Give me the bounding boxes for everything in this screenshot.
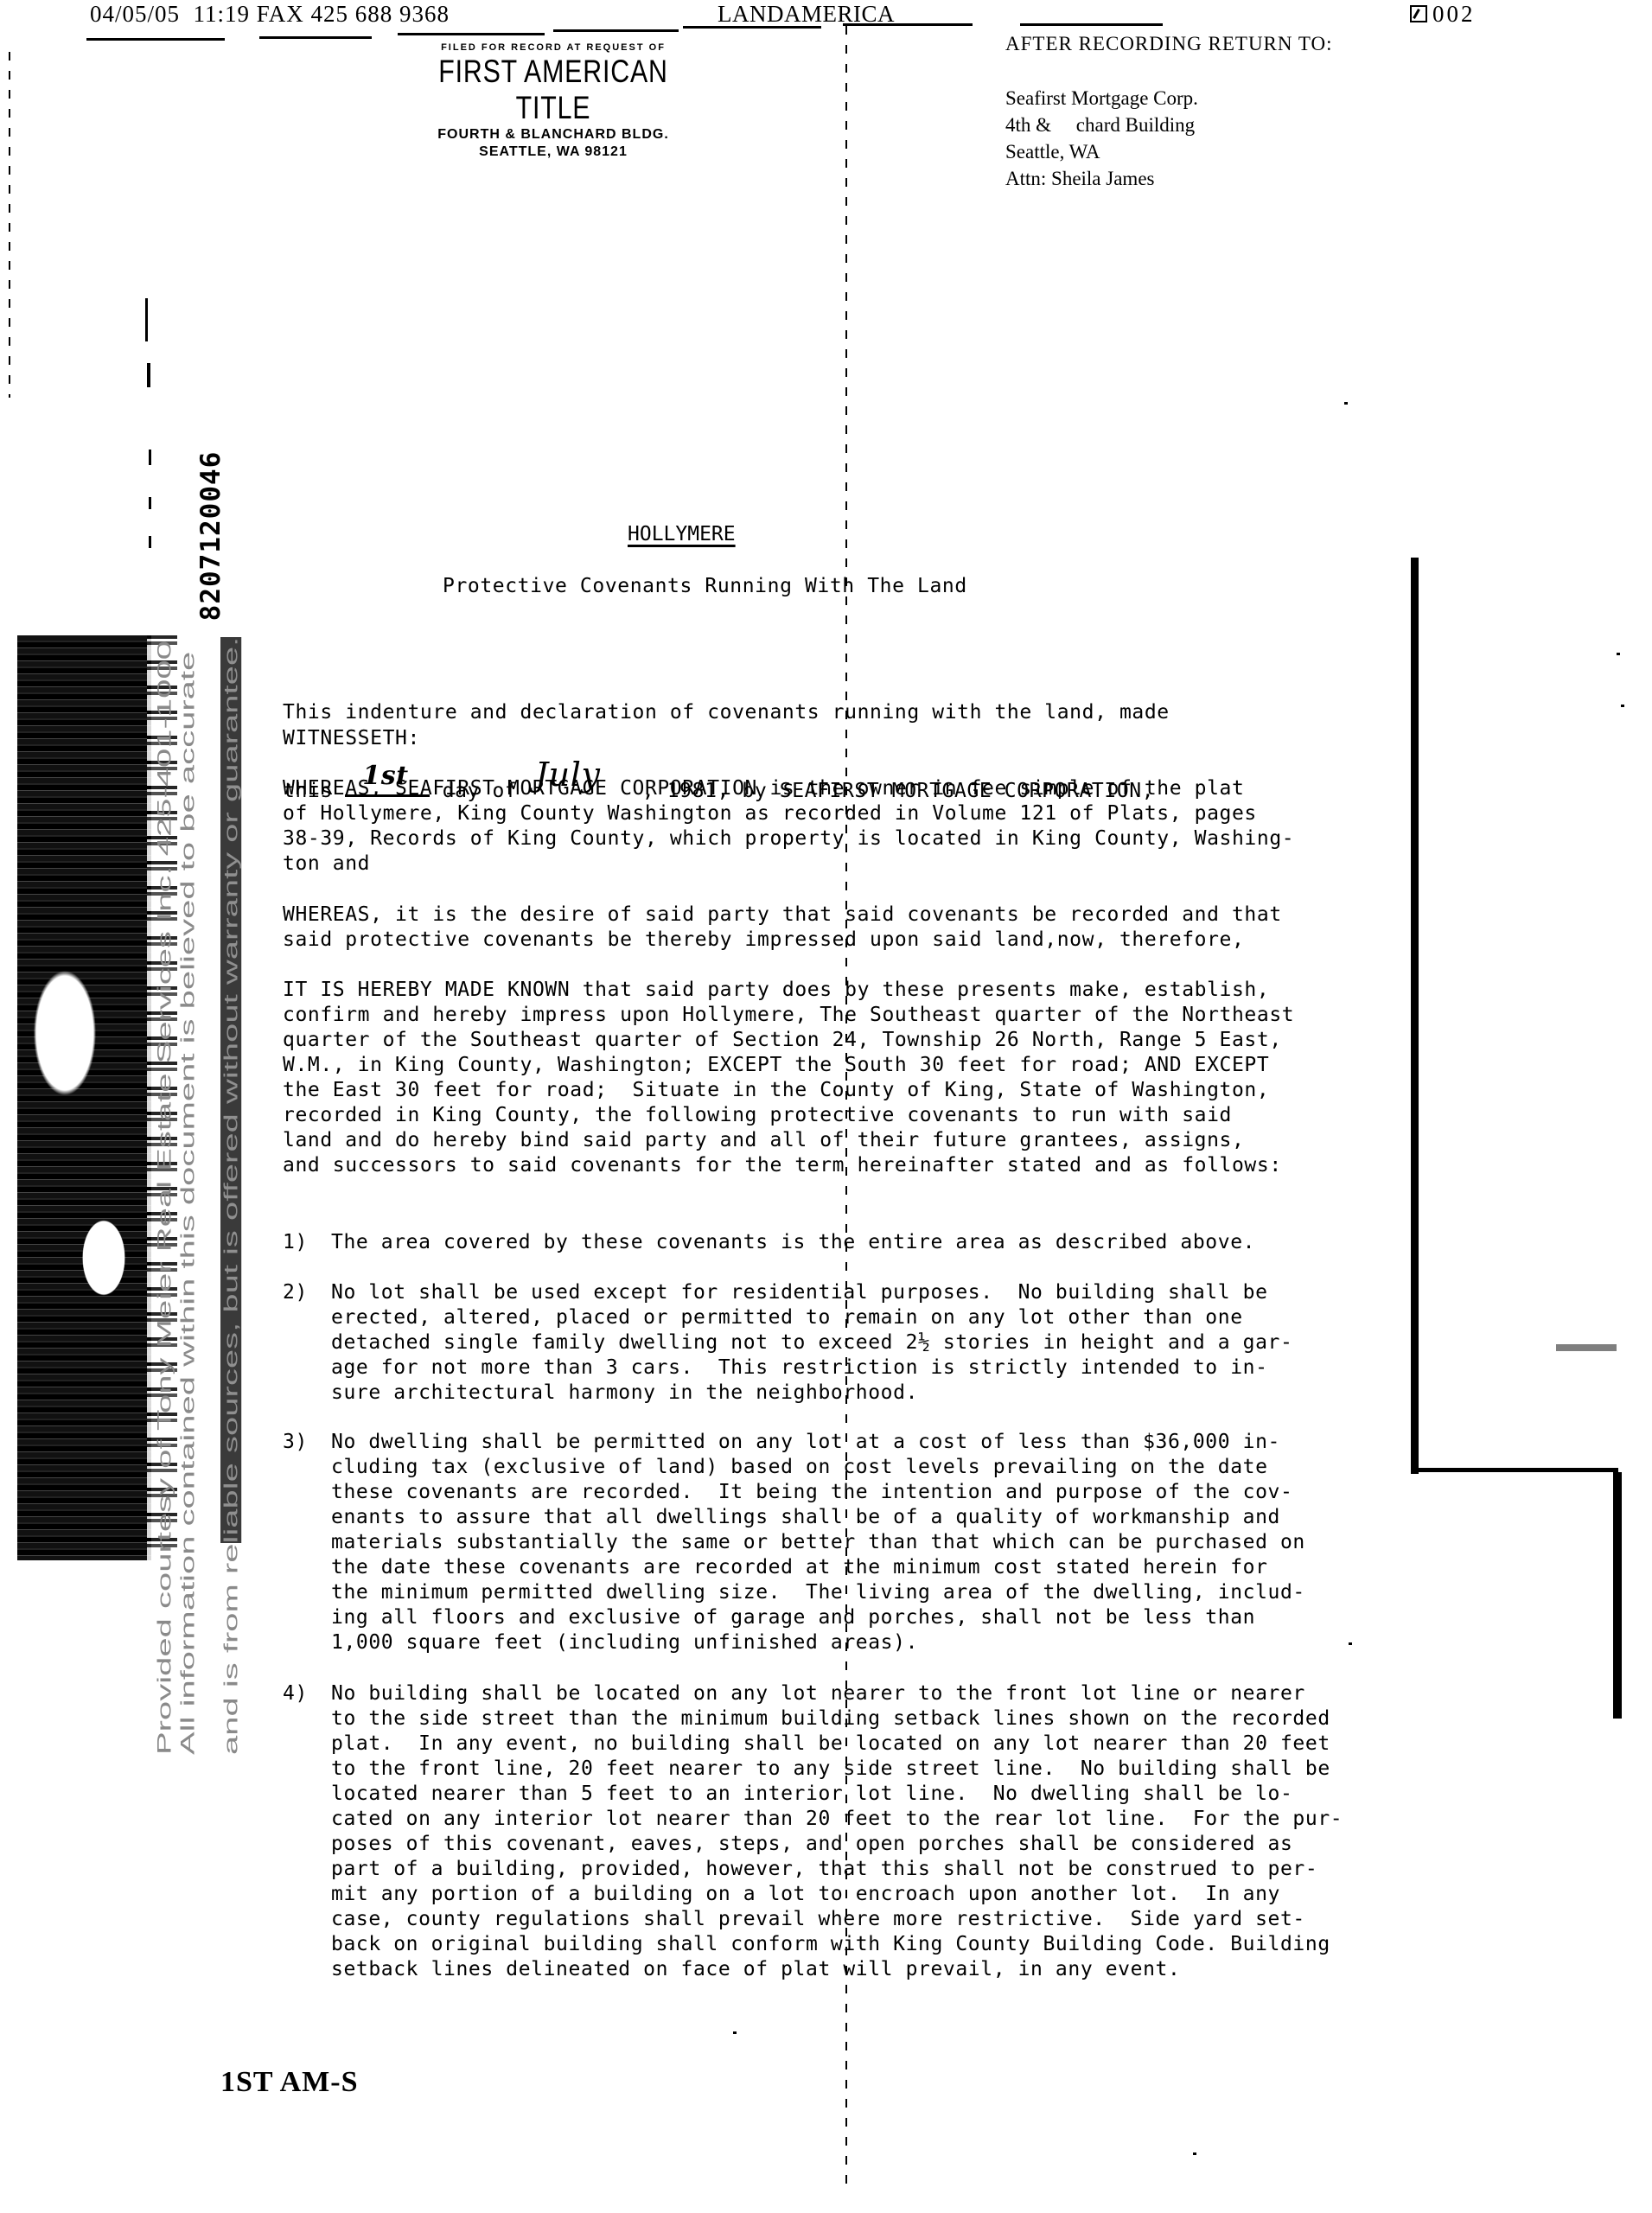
fax-header-datetime: 04/05/05 11:19 FAX 425 688 9368 — [90, 0, 450, 28]
fax-page-icon — [1410, 5, 1427, 22]
margin-mark — [149, 497, 151, 509]
whereas-paragraph-2: WHEREAS, it is the desire of said party … — [283, 902, 1381, 953]
header-rule — [683, 26, 821, 29]
covenant-item: 2) No lot shall be used except for resid… — [283, 1280, 1406, 1406]
watermark-line2: All information contained within this do… — [177, 652, 199, 1755]
scan-speck — [1617, 653, 1620, 655]
witnesseth: WITNESSETH: — [283, 726, 1381, 751]
margin-mark — [145, 298, 148, 341]
return-to-line: Seafirst Mortgage Corp. — [1005, 85, 1332, 112]
covenant-number: 3) — [283, 1430, 331, 1655]
return-to-line: Attn: Sheila James — [1005, 165, 1332, 192]
covenant-text: No dwelling shall be permitted on any lo… — [331, 1430, 1305, 1655]
header-rule — [553, 29, 679, 32]
covenant-item: 4) No building shall be located on any l… — [283, 1681, 1406, 1982]
header-rule — [86, 38, 225, 41]
hereby-known-paragraph: IT IS HEREBY MADE KNOWN that said party … — [283, 978, 1381, 1178]
covenant-text: No building shall be located on any lot … — [331, 1681, 1343, 1982]
watermark-line3-plain: and is from re — [220, 1543, 241, 1755]
scan-speck — [1349, 1642, 1352, 1645]
return-to-label: AFTER RECORDING RETURN TO: — [1005, 30, 1332, 57]
header-rule — [843, 23, 973, 26]
stamp-address-line2: SEATTLE, WA 98121 — [372, 143, 735, 161]
scan-noise — [17, 635, 151, 1560]
scan-speck — [1193, 2152, 1196, 2155]
document-subtitle: Protective Covenants Running With The La… — [443, 575, 967, 597]
footer-stamp: 1ST AM-S — [220, 2066, 358, 2099]
recording-number-text: 8207120046 — [195, 451, 226, 622]
return-to-block: AFTER RECORDING RETURN TO: Seafirst Mort… — [1005, 30, 1332, 192]
header-rule — [259, 36, 372, 39]
stamp-company: FIRST AMERICAN TITLE — [405, 54, 702, 126]
return-to-line: 4th & chard Building — [1005, 112, 1332, 138]
return-to-line: Seattle, WA — [1005, 138, 1332, 165]
margin-mark — [147, 363, 150, 387]
recording-stamp: FILED FOR RECORD AT REQUEST OF FIRST AME… — [372, 41, 735, 161]
covenant-number: 4) — [283, 1681, 331, 1982]
scan-speck — [1556, 1344, 1617, 1351]
watermark-line3: and is from reliable sources, but is off… — [220, 637, 242, 1755]
header-rule — [1020, 23, 1163, 26]
recording-number: 8207120046 — [194, 432, 228, 640]
watermark-line3-highlight: liable sources, but is offered without w… — [220, 637, 241, 1544]
left-margin-line — [9, 52, 10, 398]
margin-mark — [149, 450, 151, 465]
fax-page-number: 002 — [1410, 0, 1476, 28]
margin-mark — [149, 536, 151, 548]
document-title: HOLLYMERE — [628, 523, 736, 545]
watermark-line1: Provided courtesy of Tony Meier Real Est… — [154, 641, 175, 1755]
scan-speck — [1621, 705, 1624, 707]
covenant-item: 1) The area covered by these covenants i… — [283, 1230, 1406, 1255]
scan-speck — [1344, 402, 1348, 405]
stamp-top-line: FILED FOR RECORD AT REQUEST OF — [372, 41, 735, 54]
intro-line1: This indenture and declaration of covena… — [283, 700, 1381, 725]
covenant-text: No lot shall be used except for resident… — [331, 1280, 1292, 1406]
fax-page-label: 002 — [1432, 0, 1476, 28]
covenant-item: 3) No dwelling shall be permitted on any… — [283, 1430, 1406, 1655]
stamp-address-line1: FOURTH & BLANCHARD BLDG. — [372, 126, 735, 143]
scan-edge-bar — [1411, 558, 1419, 1474]
scan-edge-bar — [1613, 1472, 1622, 1719]
header-rule — [398, 33, 545, 35]
scan-edge-line — [1418, 1468, 1618, 1472]
scan-speck — [733, 2031, 737, 2034]
covenant-text: The area covered by these covenants is t… — [331, 1230, 1255, 1255]
covenant-number: 1) — [283, 1230, 331, 1255]
covenant-number: 2) — [283, 1280, 331, 1406]
whereas-paragraph-1: WHEREAS, SEAFIRST MORTGAGE CORPORATION i… — [283, 776, 1381, 877]
